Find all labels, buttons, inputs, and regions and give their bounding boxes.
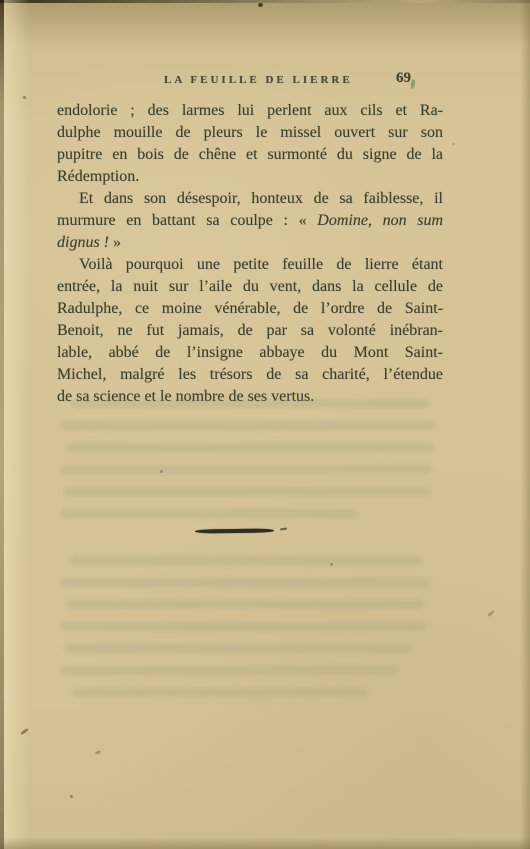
verso-showthrough-line [60, 509, 358, 518]
paper-speck [95, 750, 102, 755]
verso-showthrough-line [66, 443, 434, 452]
paragraph: Voilà pourquoi une petite feuille de lie… [57, 254, 443, 408]
text-segment: Rédemption. [57, 168, 139, 185]
text-line: pupitre en bois de chêne et surmonté du … [57, 144, 443, 166]
page-number: 69 [396, 70, 411, 87]
text-line: endolorie ; des larmes lui perlent aux c… [57, 100, 443, 122]
verso-showthrough-line [60, 578, 430, 587]
text-segment: Benoit, ne fut jamais, de par sa volonté… [57, 322, 443, 339]
verso-showthrough-line [72, 688, 368, 697]
verso-showthrough-line [60, 622, 426, 631]
text-segment: » [109, 234, 121, 251]
text-line: entrée, la nuit sur l’aile du vent, dans… [57, 276, 443, 298]
text-segment: entrée, la nuit sur l’aile du vent, dans… [57, 278, 443, 295]
text-segment: Radulphe, ce moine vénérable, de l’ordre… [57, 300, 443, 317]
paper-speck [487, 610, 495, 617]
page-edge-left-highlight [4, 0, 30, 849]
book-page: LA FEUILLE DE LIERRE 69 endolorie ; des … [0, 0, 530, 849]
paragraph: endolorie ; des larmes lui perlent aux c… [57, 100, 443, 188]
paper-speck [70, 795, 73, 798]
text-line: Voilà pourquoi une petite feuille de lie… [57, 254, 443, 276]
text-segment: Et dans son désespoir, honteux de sa fai… [79, 190, 443, 207]
paper-speck [258, 3, 263, 7]
paper-speck [330, 563, 333, 566]
verso-showthrough-line [70, 556, 422, 565]
verso-showthrough-line [64, 644, 412, 653]
running-header-title: LA FEUILLE DE LIERRE [164, 74, 353, 86]
paragraph: Et dans son désespoir, honteux de sa fai… [57, 188, 443, 254]
text-segment: pupitre en bois de chêne et surmonté du … [57, 146, 443, 163]
section-divider [195, 529, 274, 534]
paper-speck [20, 728, 29, 736]
paper-speck [410, 79, 416, 90]
verso-showthrough-line [60, 666, 398, 675]
verso-showthrough-line [66, 600, 424, 609]
page-edge-top-shadow [0, 3, 530, 47]
paper-speck [23, 96, 26, 99]
text-line: lable, abbé de l’insigne abbaye du Mont … [57, 342, 443, 364]
page-edge-top-line [0, 0, 530, 3]
paper-speck [452, 143, 455, 145]
verso-showthrough-line [72, 399, 430, 408]
text-line: murmure en battant sa coulpe : « Domine,… [57, 210, 443, 232]
text-line: Benoit, ne fut jamais, de par sa volonté… [57, 320, 443, 342]
text-segment: dulphe mouille de pleurs le missel ouver… [57, 124, 443, 141]
page-edge-left [0, 0, 4, 849]
italic-text: Domine, non sum [317, 212, 443, 229]
paper-speck [160, 470, 163, 473]
text-segment: Voilà pourquoi une petite feuille de lie… [79, 256, 443, 273]
page-edge-bottom [0, 837, 530, 849]
text-segment: lable, abbé de l’insigne abbaye du Mont … [57, 344, 443, 361]
section-divider-mark [280, 528, 287, 531]
text-segment: Michel, malgré les trésors de sa charité… [57, 366, 443, 383]
text-block: endolorie ; des larmes lui perlent aux c… [57, 100, 443, 408]
text-segment: endolorie ; des larmes lui perlent aux c… [57, 102, 443, 119]
text-line: dignus ! » [57, 232, 443, 254]
verso-showthrough-line [60, 465, 432, 474]
page-edge-right [520, 0, 530, 849]
verso-showthrough-line [60, 421, 435, 430]
text-line: Radulphe, ce moine vénérable, de l’ordre… [57, 298, 443, 320]
text-segment: murmure en battant sa coulpe : « [57, 212, 317, 229]
text-line: Michel, malgré les trésors de sa charité… [57, 364, 443, 386]
italic-text: dignus ! [57, 234, 109, 251]
text-line: Rédemption. [57, 166, 443, 188]
verso-showthrough-line [64, 487, 430, 496]
text-line: Et dans son désespoir, honteux de sa fai… [57, 188, 443, 210]
text-line: dulphe mouille de pleurs le missel ouver… [57, 122, 443, 144]
